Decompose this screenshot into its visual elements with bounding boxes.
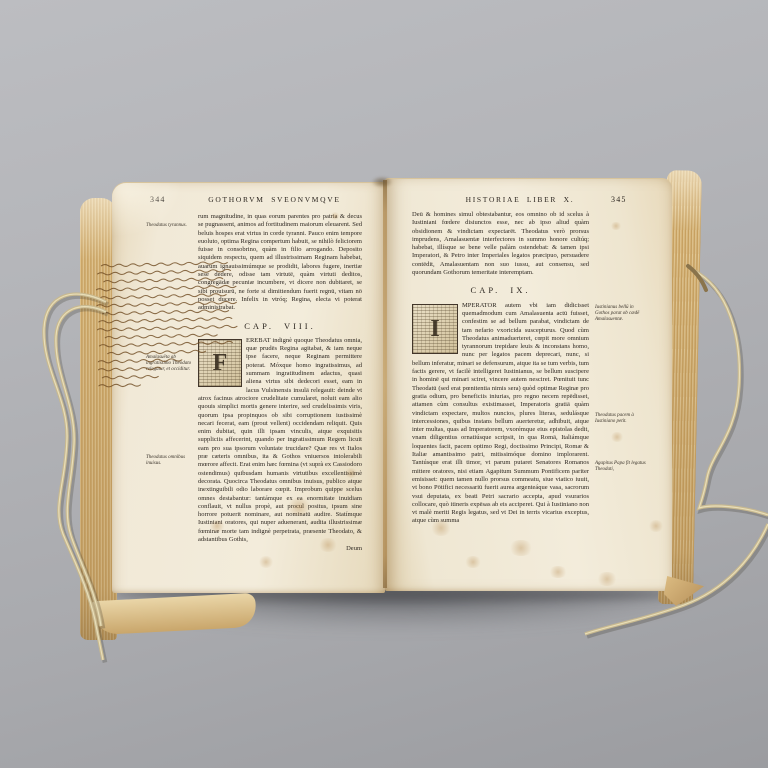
gutter-sewing	[371, 176, 393, 188]
foxing-spot	[286, 498, 312, 516]
gutter	[383, 180, 387, 588]
foxing-spot	[508, 540, 534, 556]
foxing-spot	[208, 520, 226, 532]
foxing-spot	[610, 222, 622, 230]
margin-note: Iustinianus bellū in Gothos parat ob cæd…	[595, 305, 649, 324]
woodcut-initial: I	[412, 304, 458, 354]
right-page: HISTORIAE LIBER X. 345 Iustinianus bellū…	[385, 178, 672, 591]
foxing-spot	[330, 212, 340, 220]
foxing-spot	[430, 520, 452, 536]
foxing-spot	[548, 566, 568, 578]
photo-of-antique-book: 344 GOTHORVM SVEONVMQVE Theodatus tyrann…	[0, 0, 768, 768]
foxing-spot	[344, 468, 358, 478]
foxing-spot	[318, 538, 338, 552]
page-number-right: 345	[611, 195, 627, 204]
running-head-left: GOTHORVM SVEONVMQVE	[182, 195, 367, 204]
foxing-spot	[648, 520, 664, 532]
chapter-heading: CAP. IX.	[412, 286, 589, 294]
text-column-right: Deū & homines simul obtestabantur, eos o…	[412, 211, 589, 526]
margin-note: Agapitus Papa fit legatus Theodati,	[595, 461, 649, 473]
foxing-spot	[596, 572, 618, 586]
handwritten-marginalia	[95, 256, 251, 400]
page-number-left: 344	[150, 195, 166, 204]
paragraph: IMPERATOR autem vbi iam didicisset quema…	[412, 302, 589, 526]
margin-note: Theodatus omnibus inuisus.	[146, 455, 194, 467]
paragraph: Deū & homines simul obtestabantur, eos o…	[412, 211, 589, 277]
running-head-right: HISTORIAE LIBER X.	[425, 195, 615, 204]
foxing-spot	[610, 432, 624, 442]
margin-note: Theodatus pacem à Iustiniano petit.	[595, 413, 649, 425]
foxing-spot	[258, 556, 274, 568]
foxing-spot	[464, 556, 482, 568]
margin-note: Theodatus tyrannus.	[146, 223, 194, 229]
